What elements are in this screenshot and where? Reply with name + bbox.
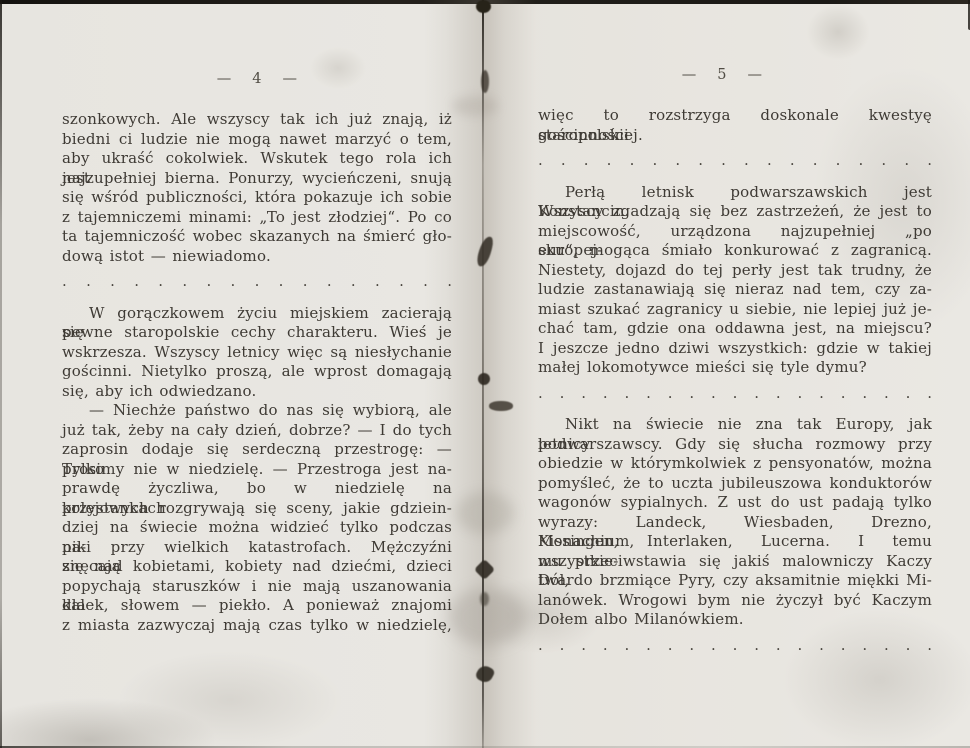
text-line: W gorączkowem życiu miejskiem zacierają …	[62, 304, 452, 324]
text-line: małej lokomotywce mieści się tyle dymu?	[538, 358, 932, 378]
ink-blot	[476, 0, 491, 13]
text-line: Nikt na świecie nie zna tak Europy, jak …	[538, 415, 932, 435]
right-page: — 5 — więc to rozstrzyga doskonale kwest…	[538, 0, 932, 655]
text-line: zaprosin dodaje się serdeczną przestrogę…	[62, 440, 452, 460]
text-line: dową istot — niewiadomo.	[62, 247, 452, 267]
paragraph: W gorączkowem życiu miejskiem zacierają …	[62, 304, 452, 402]
text-line: pewne staropolskie cechy charakteru. Wie…	[62, 323, 452, 343]
text-line: staropolskiej.	[538, 126, 932, 146]
text-line: Kissingen, Interlaken, Lucerna. I temu w…	[538, 532, 932, 552]
ink-blot	[478, 373, 490, 385]
text-line: się wśród publiczności, która pokazuje i…	[62, 188, 452, 208]
text-line: wagonów sypialnych. Z ust do ust padają …	[538, 493, 932, 513]
scan-edge-left	[0, 0, 2, 748]
left-page-content: szonkowych. Ale wszyscy tak ich już znaj…	[62, 110, 452, 635]
dotted-separator: . . . . . . . . . . . . . . . . . . .	[538, 384, 932, 404]
text-line: popychają staruszków i nie mają uszanowa…	[62, 577, 452, 597]
paragraph: szonkowych. Ale wszyscy tak ich już znaj…	[62, 110, 452, 266]
text-line: biedni ci ludzie nie mogą nawet marzyć o…	[62, 130, 452, 150]
text-line: ta tajemniczość wobec skazanych na śmier…	[62, 227, 452, 247]
text-line: gościnni. Nietylko proszą, ale wprost do…	[62, 362, 452, 382]
text-line: — Niechże państwo do nas się wybiorą, al…	[62, 401, 452, 421]
text-line: pomyśleć, że to uczta jubileuszowa kondu…	[538, 474, 932, 494]
ink-blot	[489, 401, 513, 411]
text-line: z tajemniczemi minami: „To jest złodziej…	[62, 208, 452, 228]
text-line: Perłą letnisk podwarszawskich jest Konst…	[538, 183, 932, 203]
text-line: twardo brzmiące Pyry, czy aksamitnie mię…	[538, 571, 932, 591]
text-line: obiedzie w którymkolwiek z pensyonatów, …	[538, 454, 932, 474]
text-line: lanówek. Wrogowi bym nie życzył być Kacz…	[538, 591, 932, 611]
ink-blot	[481, 70, 489, 93]
text-line: dziej na świecie można widzieć tylko pod…	[62, 518, 452, 538]
dotted-separator: . . . . . . . . . . . . . . . . .	[62, 272, 452, 292]
text-line: kolejowych rozgrywają się sceny, jakie g…	[62, 499, 452, 519]
text-line: miast szukać zagranicy u siebie, nie lep…	[538, 300, 932, 320]
text-line: już tak, żeby na cały dzień, dobrze? — I…	[62, 421, 452, 441]
paragraph: — Niechże państwo do nas się wybiorą, al…	[62, 401, 452, 635]
gutter-shadow-right	[484, 0, 536, 748]
text-line: więc to rozstrzyga doskonale kwestyę goś…	[538, 106, 932, 126]
text-line: się, aby ich odwiedzano.	[62, 382, 452, 402]
page-number-left: — 4 —	[62, 70, 452, 89]
text-line: kalek, słowem — piekło. A ponieważ znajo…	[62, 596, 452, 616]
text-line: Dołem albo Milanówkiem.	[538, 610, 932, 630]
right-page-content: więc to rozstrzyga doskonale kwestyę goś…	[538, 106, 932, 655]
paragraph: więc to rozstrzyga doskonale kwestyę goś…	[538, 106, 932, 145]
text-line: prosimy nie w niedzielę. — Przestroga je…	[62, 460, 452, 480]
ink-blot	[480, 592, 489, 606]
text-line: aby ukraść cokolwiek. Wskutek tego rola …	[62, 149, 452, 169]
text-line: wyrazy: Landeck, Wiesbaden, Drezno, Mona…	[538, 513, 932, 533]
text-line: I jeszcze jedno dziwi wszystkich: gdzie …	[538, 339, 932, 359]
text-line: sku“, mogąca śmiało konkurować z zagrani…	[538, 241, 932, 261]
text-line: szonkowych. Ale wszyscy tak ich już znaj…	[62, 110, 452, 130]
page-number-right: — 5 —	[525, 66, 919, 85]
text-line: Wszyscy zgadzają się bez zastrzeżeń, że …	[538, 202, 932, 222]
text-line: Niestety, dojazd do tej perły jest tak t…	[538, 261, 932, 281]
text-line: wskrzesza. Wszyscy letnicy więc są niesł…	[62, 343, 452, 363]
text-line: najzupełniej bierna. Ponurzy, wycieńczen…	[62, 169, 452, 189]
text-line: chać tam, gdzie ona oddawna jest, na mie…	[538, 319, 932, 339]
paragraph: Perłą letnisk podwarszawskich jest Konst…	[538, 183, 932, 378]
text-line: podwarszawscy. Gdy się słucha rozmowy pr…	[538, 435, 932, 455]
text-line: prawdę życzliwa, bo w niedzielę na przys…	[62, 479, 452, 499]
dotted-separator: . . . . . . . . . . . . . . . . . . .	[538, 636, 932, 656]
text-line: z miasta zazwyczaj mają czas tylko w nie…	[62, 616, 452, 636]
book-scan: — 4 — szonkowych. Ale wszyscy tak ich ju…	[0, 0, 970, 748]
paragraph: Nikt na świecie nie zna tak Europy, jak …	[538, 415, 932, 630]
text-line: niki przy wielkich katastrofach. Mężczyź…	[62, 538, 452, 558]
text-line: mu przeciwstawia się jakiś malowniczy Ka…	[538, 552, 932, 572]
text-line: miejscowość, urządzona najzupełniej „po …	[538, 222, 932, 242]
text-line: ludzie zastanawiają się nieraz nad tem, …	[538, 280, 932, 300]
dotted-separator: . . . . . . . . . . . . . . . . . .	[538, 151, 932, 171]
left-page: — 4 — szonkowych. Ale wszyscy tak ich ju…	[62, 0, 452, 635]
text-line: się nad kobietami, kobiety nad dziećmi, …	[62, 557, 452, 577]
